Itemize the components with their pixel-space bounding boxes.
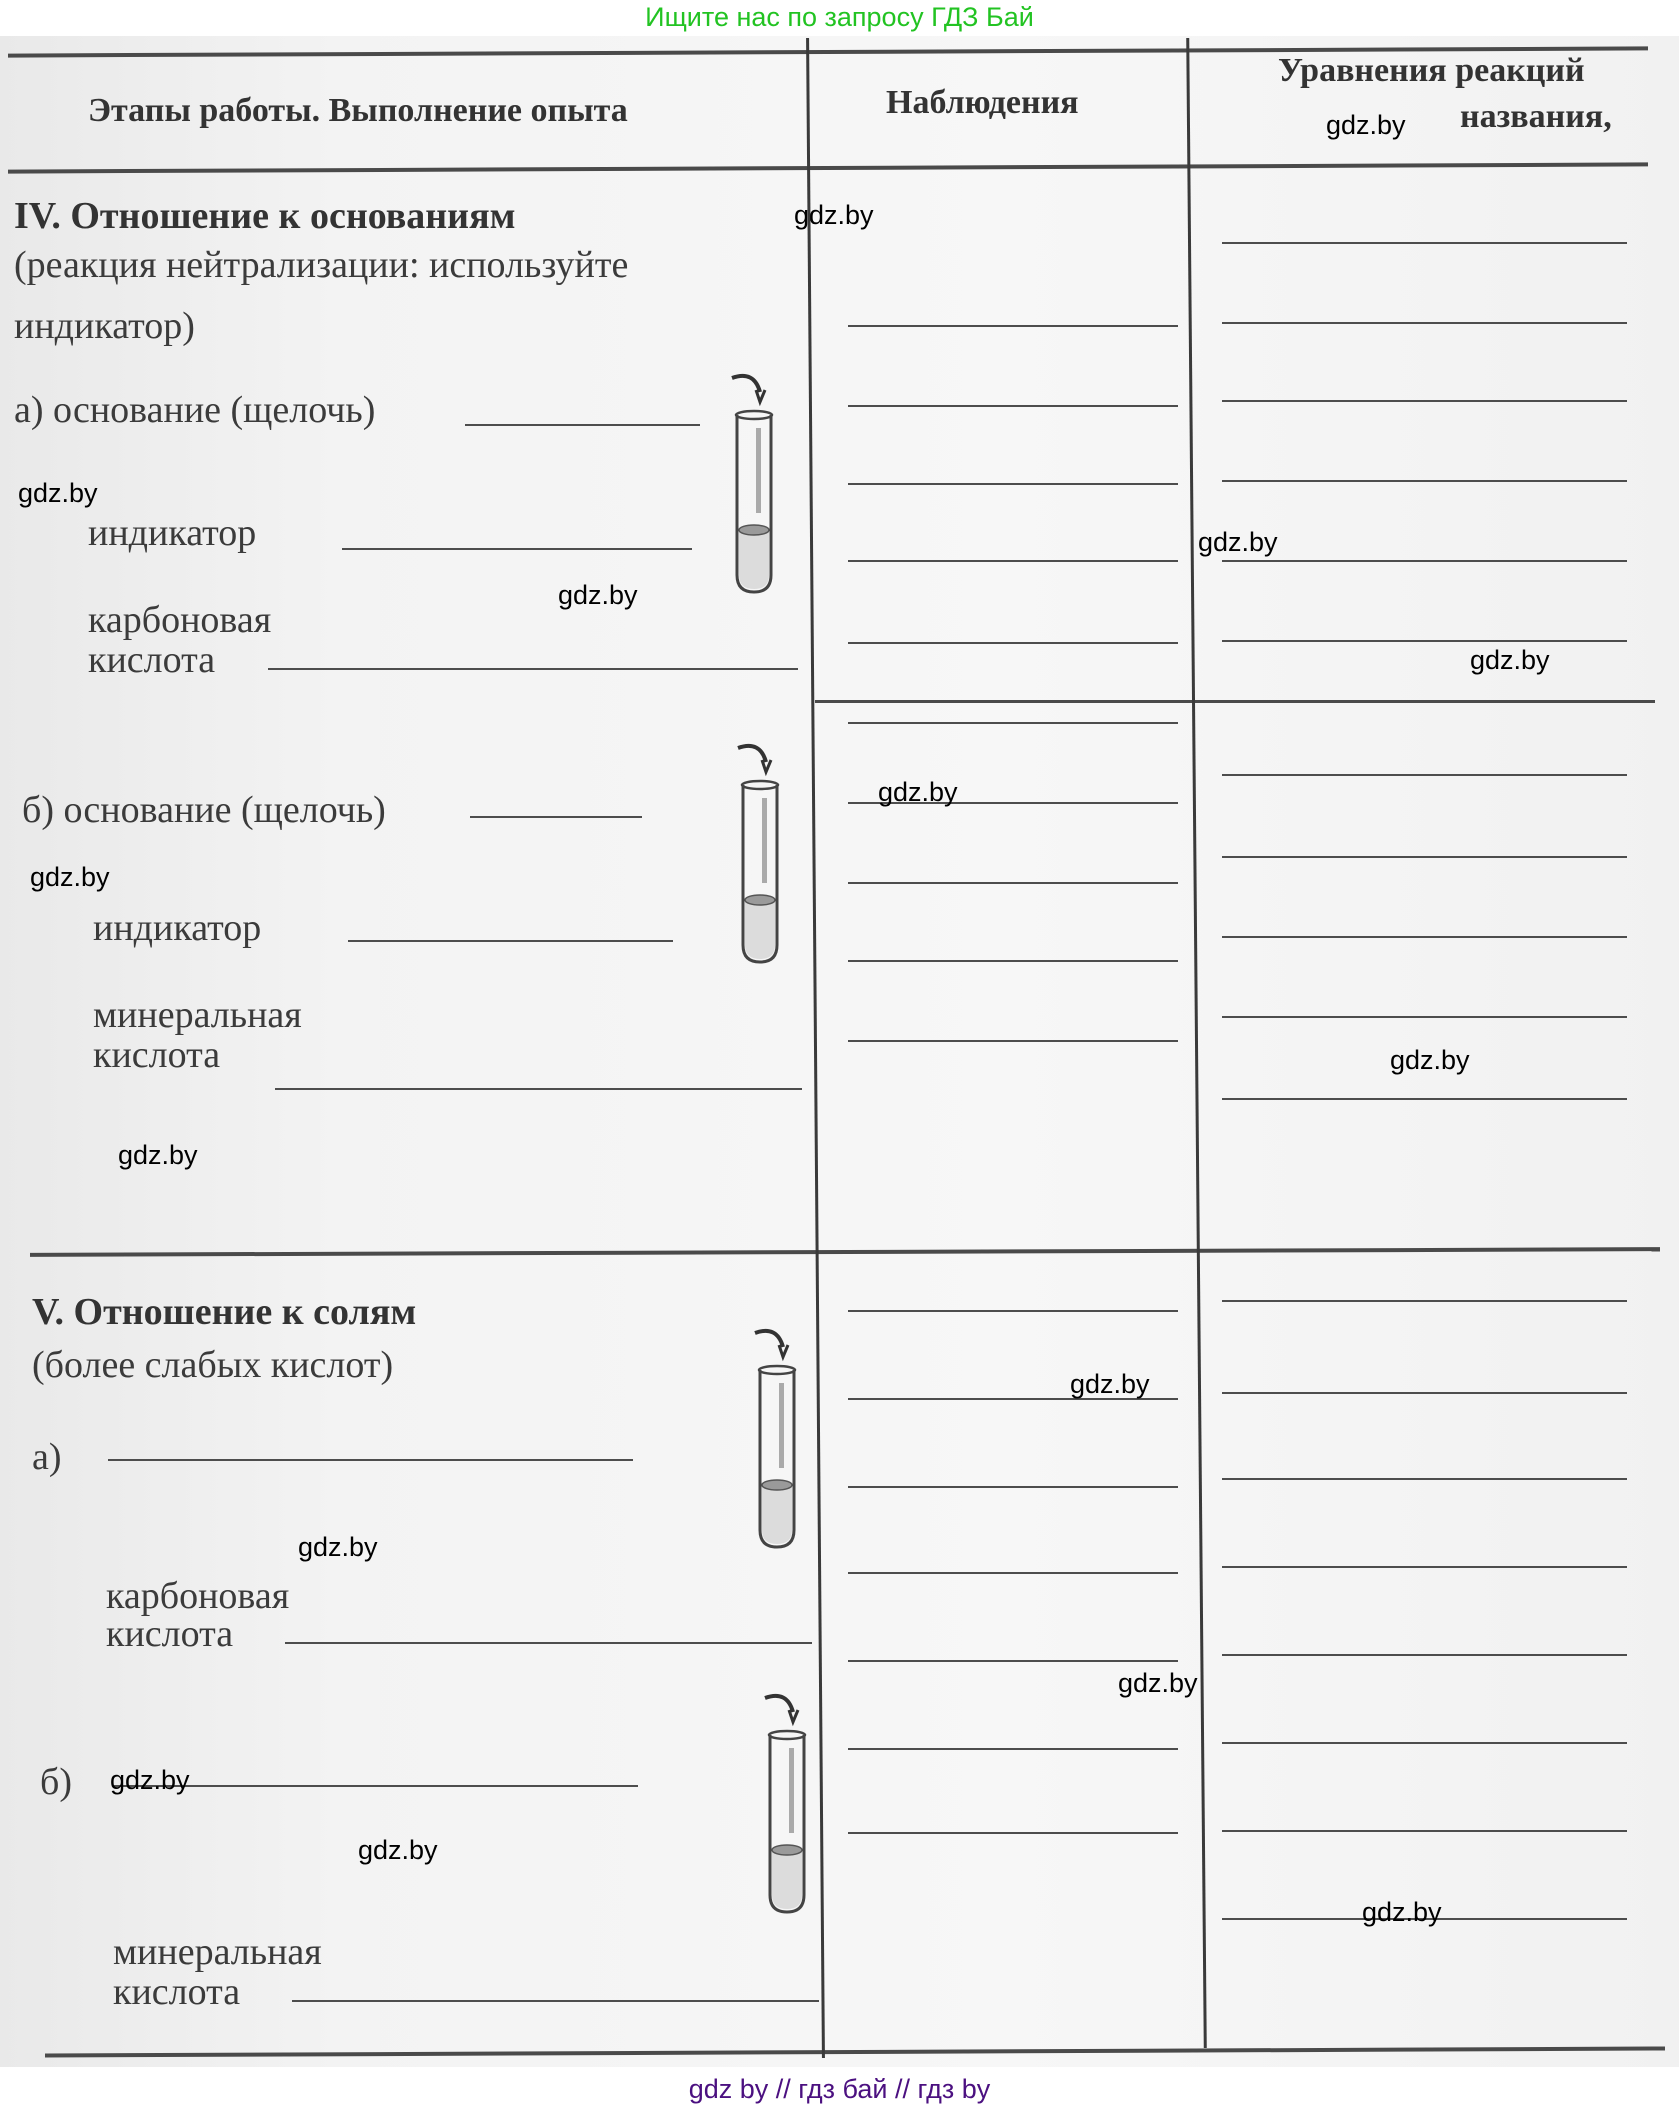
iv-b-acid-2: кислота	[93, 1035, 220, 1075]
watermark-text: gdz.by	[1070, 1369, 1150, 1400]
observation-answer-line[interactable]	[848, 960, 1178, 962]
equation-answer-line[interactable]	[1222, 400, 1627, 402]
equation-answer-line[interactable]	[1222, 1392, 1627, 1394]
observation-answer-line[interactable]	[848, 405, 1178, 407]
watermark-text: gdz.by	[1390, 1045, 1470, 1076]
equation-answer-line[interactable]	[1222, 1830, 1627, 1832]
watermark-text: gdz.by	[794, 200, 874, 231]
iv-a-acid-1: карбоновая	[88, 600, 271, 640]
section-iv-subtitle-2: индикатор)	[14, 306, 195, 346]
equation-answer-line[interactable]	[1222, 640, 1627, 642]
iv-a-acid-blank[interactable]	[268, 668, 798, 670]
observation-answer-line[interactable]	[848, 483, 1178, 485]
section-v-title: V. Отношение к солям	[32, 1292, 416, 1332]
observation-answer-line[interactable]	[848, 1832, 1178, 1834]
observation-answer-line[interactable]	[848, 1748, 1178, 1750]
search-banner: Ищите нас по запросу ГДЗ Бай	[0, 0, 1679, 38]
v-a-acid-2: кислота	[106, 1614, 233, 1654]
v-b-label: б)	[40, 1762, 72, 1802]
test-tube-icon	[745, 1690, 825, 1920]
test-tube-icon	[718, 740, 798, 970]
observation-answer-line[interactable]	[848, 1486, 1178, 1488]
section-v-subtitle: (более слабых кислот)	[32, 1345, 393, 1385]
equation-answer-line[interactable]	[1222, 1654, 1627, 1656]
iv-b-label: б) основание (щелочь)	[22, 790, 386, 830]
iv-a-label: а) основание (щелочь)	[14, 390, 375, 430]
watermark-text: gdz.by	[298, 1532, 378, 1563]
banner-text: Ищите нас по запросу ГДЗ Бай	[645, 2, 1034, 32]
watermark-text: gdz.by	[1362, 1897, 1442, 1928]
iv-b-indicator: индикатор	[93, 908, 261, 948]
iv-a-acid-2: кислота	[88, 640, 215, 680]
watermark-text: gdz.by	[118, 1140, 198, 1171]
watermark-text: gdz.by	[1198, 527, 1278, 558]
iv-b-blank[interactable]	[470, 816, 642, 818]
watermark-text: gdz.by	[358, 1835, 438, 1866]
iv-a-indicator-blank[interactable]	[342, 548, 692, 550]
equation-answer-line[interactable]	[1222, 1566, 1627, 1568]
v-a-acid-blank[interactable]	[285, 1642, 812, 1644]
observation-answer-line[interactable]	[848, 722, 1178, 724]
v-b-acid-1: минеральная	[113, 1932, 322, 1972]
watermark-text: gdz.by	[1326, 110, 1406, 141]
footer-links: gdz by // гдз бай // гдз by	[0, 2068, 1679, 2110]
observation-answer-line[interactable]	[848, 1660, 1178, 1662]
v-a-blank[interactable]	[108, 1459, 633, 1461]
equation-answer-line[interactable]	[1222, 1478, 1627, 1480]
equation-answer-line[interactable]	[1222, 1742, 1627, 1744]
watermark-text: gdz.by	[110, 1765, 190, 1796]
equation-answer-line[interactable]	[1222, 774, 1627, 776]
equation-answer-line[interactable]	[1222, 480, 1627, 482]
iv-b-indicator-blank[interactable]	[348, 940, 673, 942]
test-tube-icon	[735, 1325, 815, 1555]
footer-text: gdz by // гдз бай // гдз by	[689, 2074, 991, 2104]
equation-answer-line[interactable]	[1222, 322, 1627, 324]
watermark-text: gdz.by	[30, 862, 110, 893]
observation-answer-line[interactable]	[848, 1040, 1178, 1042]
equation-answer-line[interactable]	[1222, 242, 1627, 244]
equation-answer-line[interactable]	[1222, 1016, 1627, 1018]
v-b-blank[interactable]	[113, 1785, 638, 1787]
iv-a-blank[interactable]	[465, 424, 700, 426]
observation-answer-line[interactable]	[848, 325, 1178, 327]
v-a-label: а)	[32, 1437, 62, 1477]
v-b-acid-blank[interactable]	[292, 2000, 819, 2002]
equation-answer-line[interactable]	[1222, 560, 1627, 562]
watermark-text: gdz.by	[1470, 645, 1550, 676]
section-iv-subtitle-1: (реакция нейтрализации: используйте	[14, 245, 628, 285]
watermark-text: gdz.by	[558, 580, 638, 611]
header-equations-line1: Уравнения реакций	[1278, 52, 1585, 90]
observation-answer-line[interactable]	[848, 560, 1178, 562]
part-divider-rule	[815, 700, 1655, 703]
header-observations: Наблюдения	[886, 84, 1079, 122]
observation-answer-line[interactable]	[848, 1310, 1178, 1312]
iv-b-acid-blank[interactable]	[275, 1088, 802, 1090]
v-a-acid-1: карбоновая	[106, 1576, 289, 1616]
observation-answer-line[interactable]	[848, 1572, 1178, 1574]
equation-answer-line[interactable]	[1222, 936, 1627, 938]
header-equations-line2: названия,	[1460, 98, 1612, 136]
equation-answer-line[interactable]	[1222, 856, 1627, 858]
watermark-text: gdz.by	[1118, 1668, 1198, 1699]
observation-answer-line[interactable]	[848, 882, 1178, 884]
test-tube-icon	[712, 370, 792, 600]
iv-a-indicator: индикатор	[88, 513, 256, 553]
v-b-acid-2: кислота	[113, 1972, 240, 2012]
watermark-text: gdz.by	[18, 478, 98, 509]
observation-answer-line[interactable]	[848, 642, 1178, 644]
equation-answer-line[interactable]	[1222, 1098, 1627, 1100]
iv-b-acid-1: минеральная	[93, 995, 302, 1035]
watermark-text: gdz.by	[878, 777, 958, 808]
section-iv-title: IV. Отношение к основаниям	[14, 196, 516, 236]
equation-answer-line[interactable]	[1222, 1300, 1627, 1302]
header-stages: Этапы работы. Выполнение опыта	[88, 92, 628, 130]
